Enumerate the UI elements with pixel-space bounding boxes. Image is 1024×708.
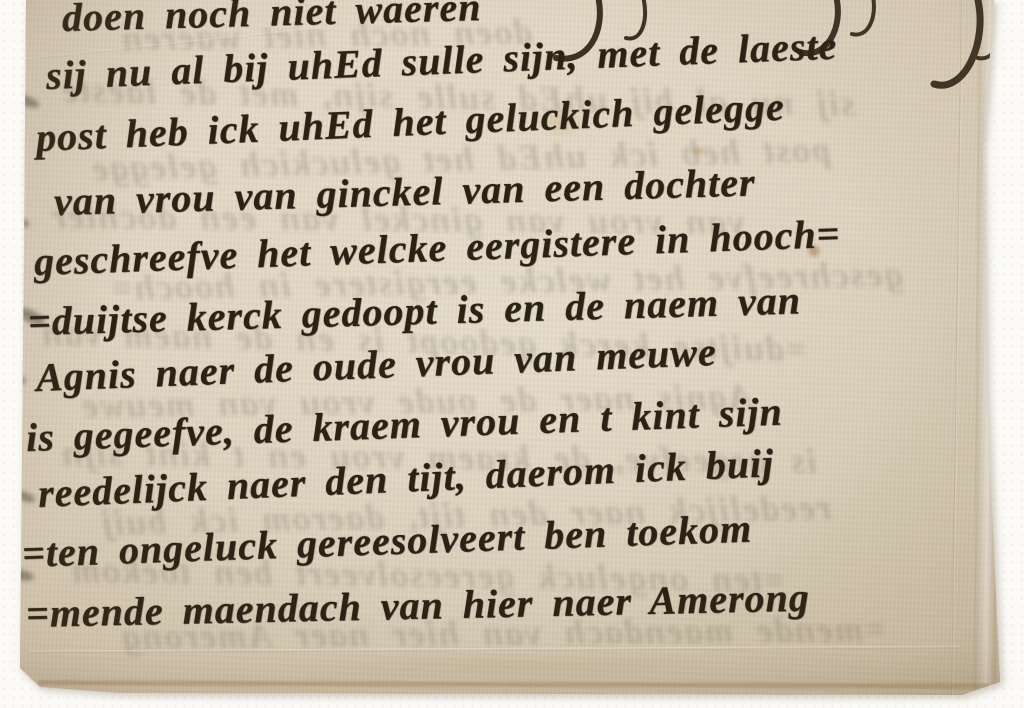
- scan-background: doen noch niet waerensij nu al bij uhEd …: [0, 0, 1024, 708]
- manuscript-paper-wrap: doen noch niet waerensij nu al bij uhEd …: [0, 0, 1024, 708]
- handwritten-line: van vrou van ginckel van een dochter: [53, 158, 756, 225]
- manuscript-page: doen noch niet waerensij nu al bij uhEd …: [0, 0, 1024, 708]
- handwritten-line: =ten ongeluck gereesolveert ben toekom: [21, 505, 753, 577]
- handwritten-line: doen noch niet waeren: [61, 0, 482, 41]
- handwritten-text-layer: doen noch niet waerensij nu al bij uhEd …: [0, 0, 1024, 708]
- handwritten-line: =mende maendach van hier naer Amerong: [26, 574, 811, 637]
